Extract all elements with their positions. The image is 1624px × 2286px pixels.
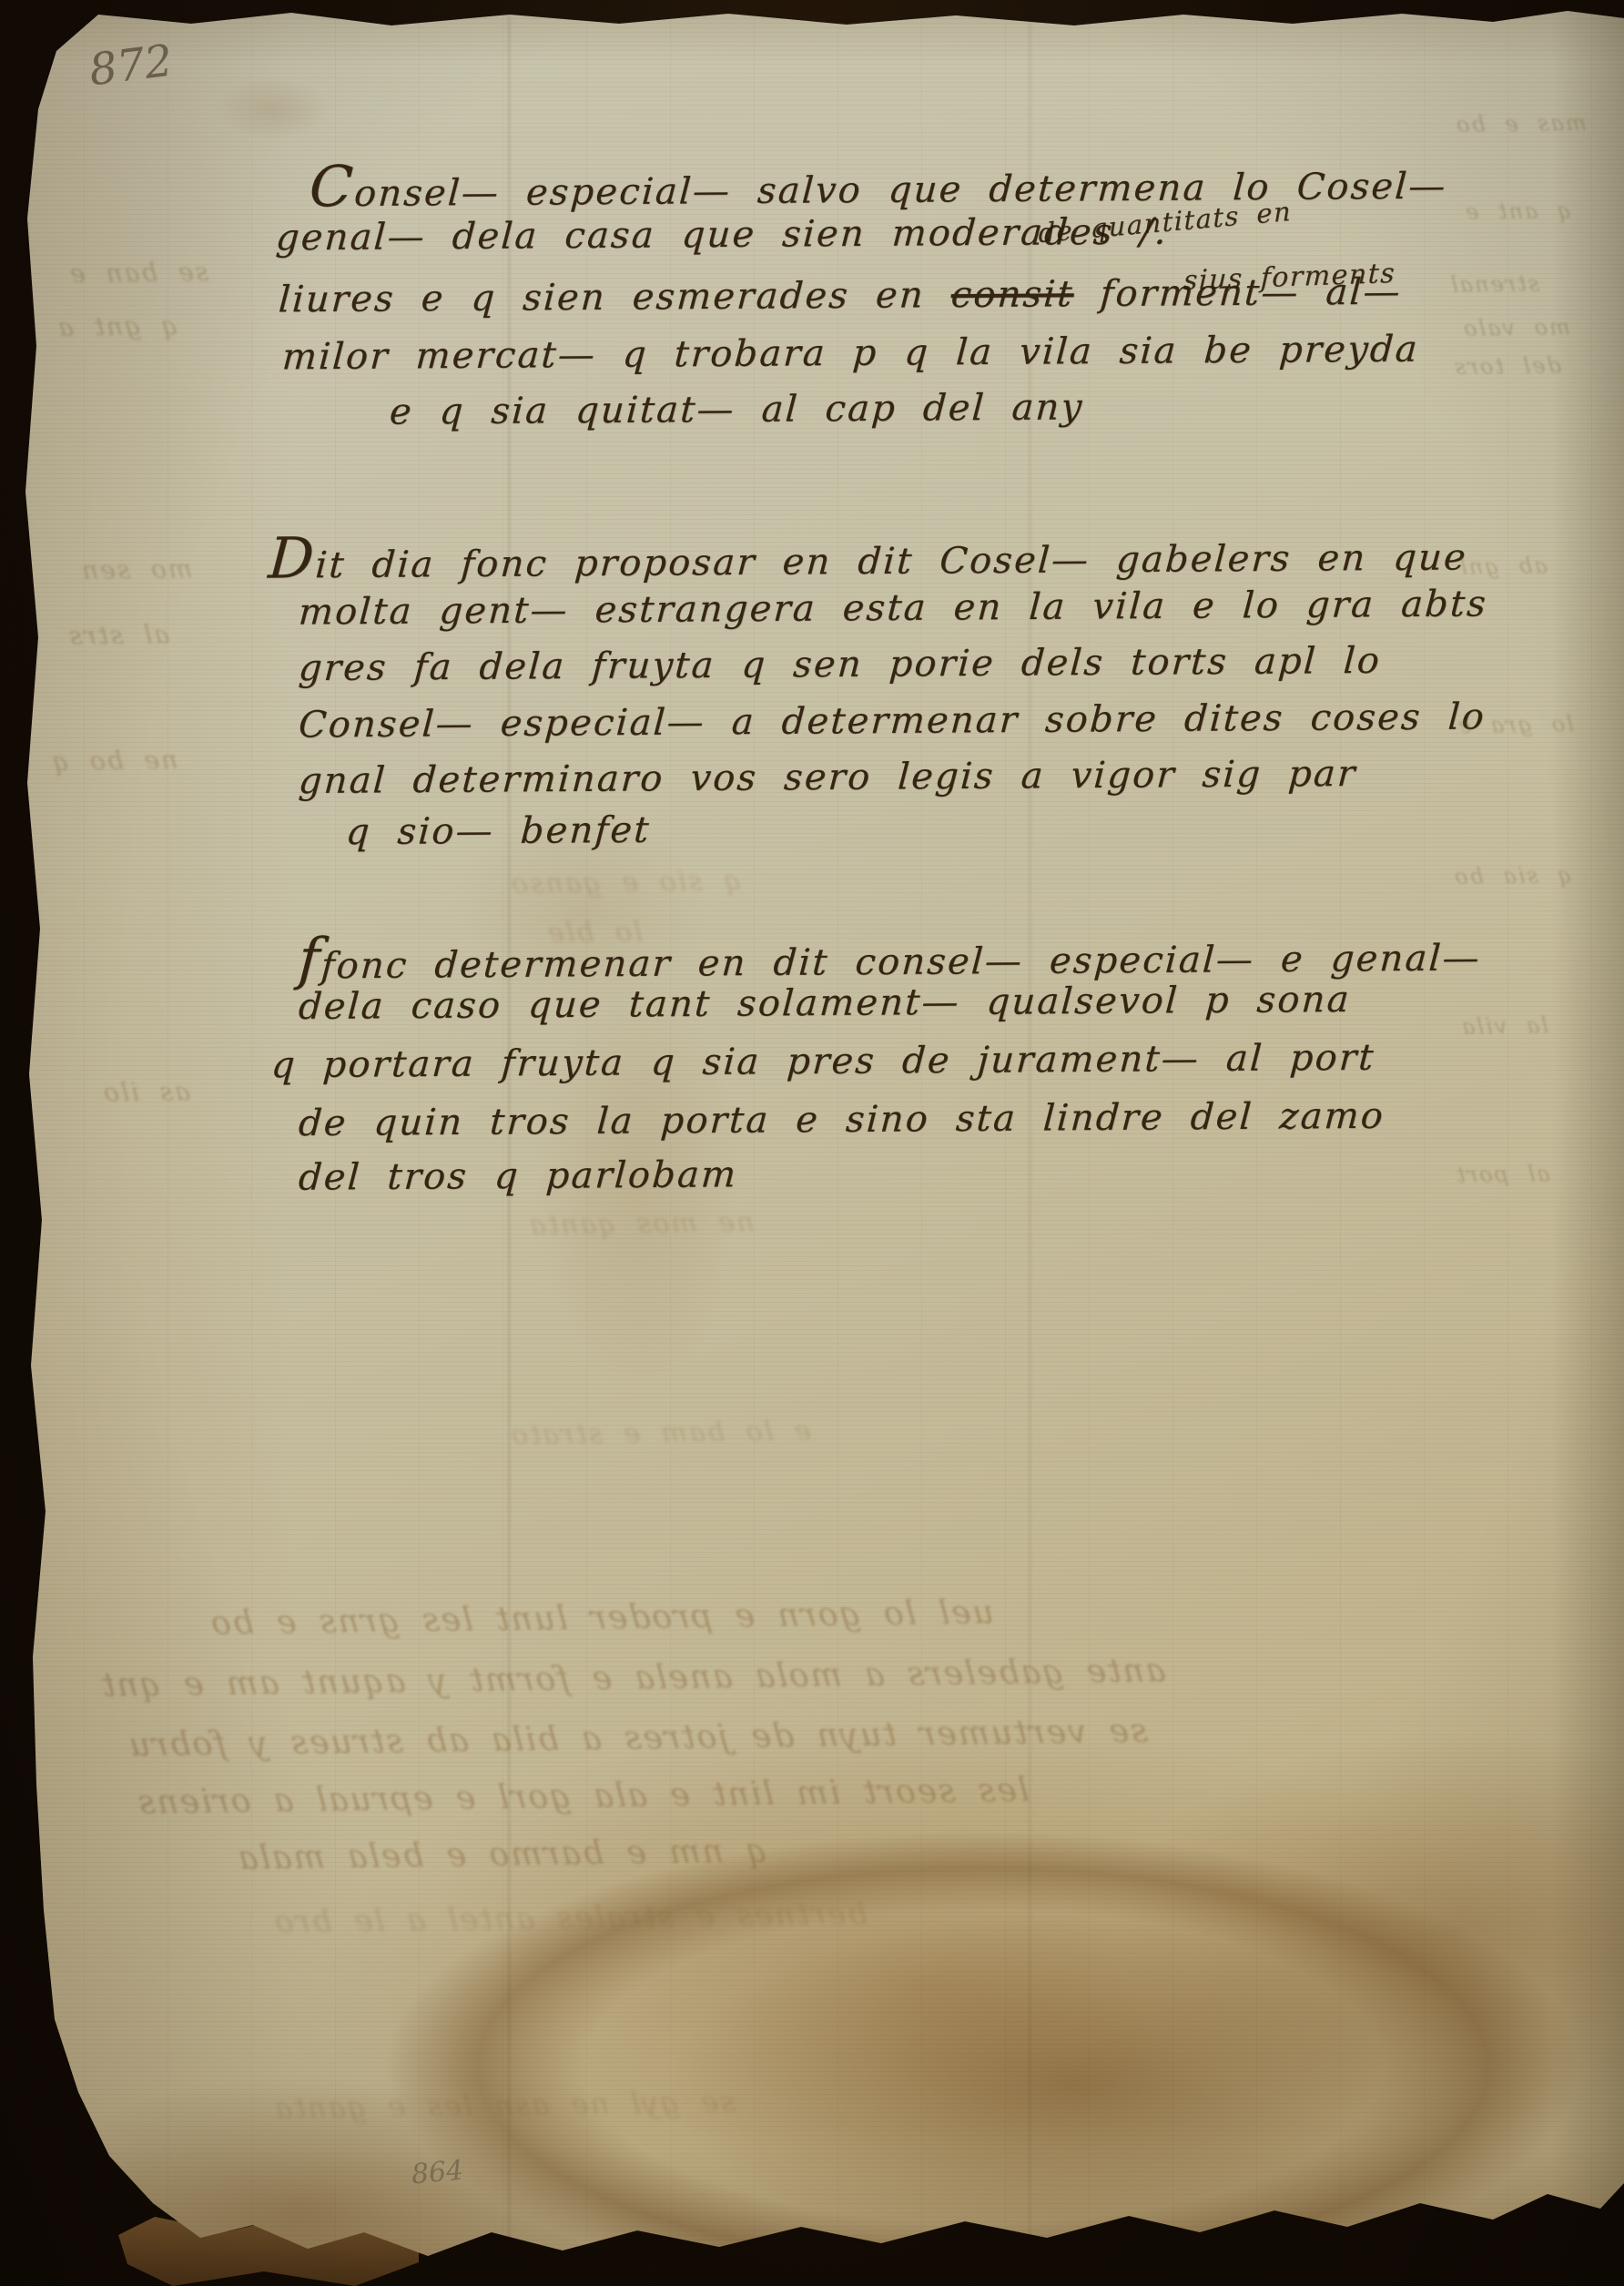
p1-line4: milor mercat— q trobara p q la vila sia … <box>281 331 1420 376</box>
p2-line2: molta gent— estrangera esta en la vila e… <box>298 585 1489 630</box>
bleedthrough-center: q sio e ganso <box>509 868 743 899</box>
manuscript-photo: 872 Consel— especial— salvo que determen… <box>0 0 1624 2286</box>
page-number-bottom-pencil: 864 <box>411 2158 465 2189</box>
bleedthrough-line: bertnes e strales antel a le bro <box>272 1898 869 1937</box>
p2-line5: gnal determinaro vos sero legis a vigor … <box>298 756 1358 799</box>
bleedthrough-right: del tors <box>1452 354 1562 378</box>
bleedthrough-line: se vertumer tuyn de jotres a bila ab str… <box>127 1715 1150 1763</box>
bleedthrough-right: mas e bo <box>1454 112 1588 136</box>
p3-line1: ffonc determenar en dit consel— especial… <box>297 922 1483 987</box>
p3-line4: de quin tros la porta e sino sta lindre … <box>298 1098 1386 1142</box>
bleedthrough-left: mo sen <box>79 556 194 584</box>
bleedthrough-right: la vila <box>1459 1014 1549 1037</box>
bleedthrough-center: lo ble <box>545 919 644 947</box>
p3-line2: dela caso que tant solament— qualsevol p… <box>298 981 1352 1025</box>
p1-line3-struck-word: consit <box>949 273 1075 316</box>
bleedthrough-line: les seort im lint e ala gorl e eprual a … <box>136 1774 1030 1820</box>
bleedthrough-right: q ant e <box>1463 199 1572 223</box>
p2-line4: Consel— especial— a determenar sobre dit… <box>298 698 1487 743</box>
p2-line6: q sio— benfet <box>345 812 652 850</box>
bleedthrough-line: uel lo gorn e proder lunt les grns e bo <box>208 1597 996 1641</box>
bleedthrough-right: al port <box>1454 1163 1551 1185</box>
bleedthrough-left: ne bo q <box>50 747 178 775</box>
bleedthrough-left: se ban e <box>67 259 209 287</box>
bleedthrough-center: e lo bam e strato <box>509 1418 812 1450</box>
bleedthrough-right: strenal <box>1448 272 1540 295</box>
bleedthrough-line: q nm e barmo e bela mala <box>236 1835 769 1875</box>
bleedthrough-left: q gnt a <box>56 313 179 340</box>
handwriting-layer: 872 Consel— especial— salvo que determen… <box>0 0 1624 2286</box>
p1-line3-text-after: forment— al— <box>1072 271 1403 316</box>
bleedthrough-left: as ilo <box>101 1079 191 1105</box>
page-number-top: 872 <box>86 39 175 93</box>
bleedthrough-center: ne mos qanta <box>527 1209 756 1239</box>
bleedthrough-right: lo gra e <box>1456 713 1575 737</box>
p2-line1: Dit dia fonc proposar en dit Cosel— gabe… <box>267 522 1469 586</box>
bleedthrough-line: se gyl ne asn les e ganta <box>272 2087 736 2122</box>
p1-line3: liures e q sien esmerades en consit form… <box>278 274 1403 319</box>
p2-line3: gres fa dela fruyta q sen porie dels tor… <box>298 643 1383 686</box>
p1-line3-text: liures e q sien esmerades en <box>278 274 953 320</box>
bleedthrough-right: ab gnl <box>1457 554 1548 577</box>
bleedthrough-right: mo valo <box>1461 316 1571 340</box>
bleedthrough-left: al strs <box>66 622 170 649</box>
p3-line5: del tros q parlobam <box>298 1156 739 1195</box>
p1-line5: e q sia quitat— al cap del any <box>389 389 1085 430</box>
bleedthrough-right: q sia bo <box>1452 864 1573 888</box>
p3-line3: q portara fruyta q sia pres de jurament—… <box>270 1040 1376 1083</box>
bleedthrough-line: ante gabelers a mola anela e formt y aqu… <box>99 1655 1167 1702</box>
p1-line2: genal— dela casa que sien moderades /. <box>275 214 1170 257</box>
